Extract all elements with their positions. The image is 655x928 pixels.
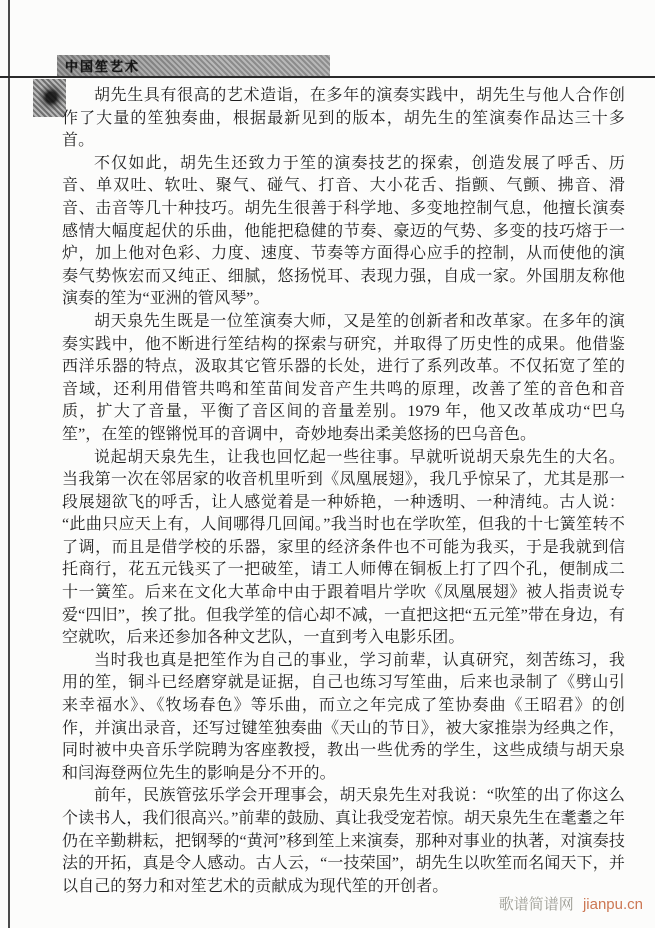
paragraph: 不仅如此，胡先生还致力于笙的演奏技艺的探索，创造发展了呼舌、历音、单双吐、软吐、… <box>62 153 625 311</box>
page-edge-line <box>8 0 10 928</box>
body-text: 胡先生具有很高的艺术造诣，在多年的演奏实践中，胡先生与他人合作创作了大量的笙独奏… <box>62 85 625 898</box>
paragraph: 当时我也真是把笙作为自己的事业，学习前辈，认真研究，刻苦练习，我用的笙，铜斗已经… <box>62 650 625 786</box>
chapter-header-banner: 中国笙艺术 <box>57 55 330 76</box>
watermark-site-name: 歌谱简谱网 <box>499 896 574 913</box>
watermark-site-url: jianpu.cn <box>583 896 643 913</box>
book-page: { "page": { "header": { "banner_title": … <box>0 0 655 928</box>
paragraph: 胡天泉先生既是一位笙演奏大师，又是笙的创新者和改革家。在多年的演奏实践中，他不断… <box>62 311 625 447</box>
paragraph: 胡先生具有很高的艺术造诣，在多年的演奏实践中，胡先生与他人合作创作了大量的笙独奏… <box>62 85 625 153</box>
paragraph: 说起胡天泉先生，让我也回忆起一些往事。早就听说胡天泉先生的大名。当我第一次在邻居… <box>62 447 625 650</box>
watermark: 歌谱简谱网 jianpu.cn <box>499 893 643 914</box>
paragraph: 前年，民族管弦乐学会开理事会，胡天泉先生对我说：“吹笙的出了你这么个读书人，我们… <box>62 785 625 898</box>
header-rule <box>0 76 655 78</box>
chapter-title: 中国笙艺术 <box>57 56 140 75</box>
